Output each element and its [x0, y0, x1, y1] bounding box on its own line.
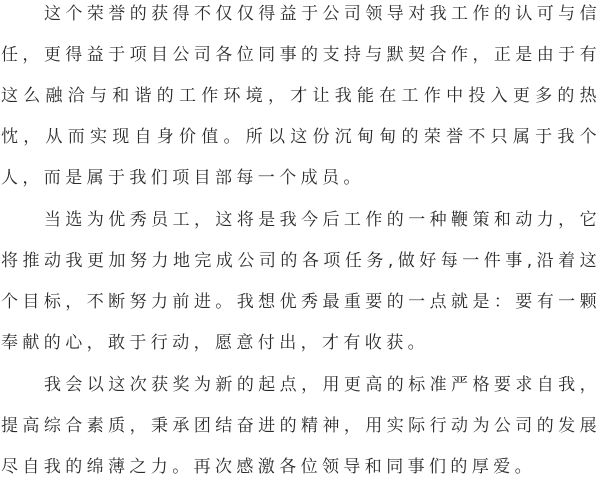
document-body: 这个荣誉的获得不仅仅得益于公司领导对我工作的认可与信任，更得益于项目公司各位同事… [1, 0, 600, 482]
paragraph-commitment: 我会以这次获奖为新的起点，用更高的标准严格要求自我，提高综合素质，秉承团结奋进的… [1, 365, 600, 482]
paragraph-honor-thanks: 这个荣誉的获得不仅仅得益于公司领导对我工作的认可与信任，更得益于项目公司各位同事… [1, 0, 600, 199]
paragraph-motivation: 当选为优秀员工，这将是我今后工作的一种鞭策和动力，它将推动我更加努力地完成公司的… [1, 200, 600, 364]
